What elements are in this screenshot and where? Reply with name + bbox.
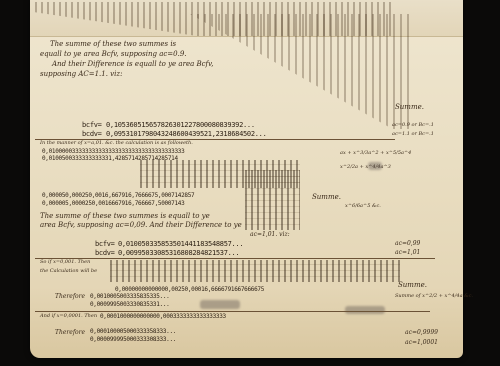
result-value: 0,000099995000333308333... <box>90 336 176 343</box>
result-value: 0,010050335853501441183548857... <box>118 240 243 248</box>
prose-line: Therefore <box>55 293 85 300</box>
ink-smudge <box>200 300 240 309</box>
result-value: 0,0009995003330835331... <box>90 301 170 308</box>
margin-note: Summe. <box>312 193 341 201</box>
prose-line: supposing AC=1.1. viz: <box>40 70 122 78</box>
prose-line: Therefore <box>55 329 85 336</box>
prose-line: ac=1,01. viz: <box>250 231 290 238</box>
prose-line: In the manner of x=a,01. &c. the calcula… <box>40 140 193 146</box>
prose-line: the Calculation will be <box>40 268 97 274</box>
result-value: 0,00995033085316808284821537... <box>118 249 239 257</box>
result-note: ac=1.1 or Bc=.1 <box>392 131 434 137</box>
series-row: 0,000050,000250,0016,667916,7666675,0007… <box>42 192 194 199</box>
result-label: bcfv= <box>95 240 115 248</box>
divider <box>35 258 435 259</box>
formula: x^6/6a^5 &c. <box>345 203 381 209</box>
result-note: ac=1,0001 <box>405 339 438 346</box>
formula: x^2/2a + x^4/4a^3 <box>340 164 391 170</box>
prose-line: And their Difference is equall to ye are… <box>52 60 214 68</box>
formula: ax + x^3/3a^2 + x^5/5a^4 <box>340 150 411 156</box>
result-label: bcdv= <box>95 249 115 257</box>
result-note: ac=1,01 <box>395 249 420 256</box>
prose-line: The summe of these two summes is equall … <box>40 212 210 220</box>
ink-smudge <box>345 306 385 314</box>
prose-line: equall to ye area Bcfv, supposing ac=0.9… <box>40 50 187 58</box>
result-note: ac=0.9 or Bc=.1 <box>392 122 434 128</box>
ink-blot <box>368 162 382 170</box>
series-row: 0,00000000000000,00250,00016,66667916676… <box>115 286 264 293</box>
prose-line: So if x=0,001. Then <box>40 259 90 265</box>
result-value: 0,105360515657826301227800080839392... <box>106 121 255 129</box>
series-row: 0,000005,0000250,0016667916,766667,50007… <box>42 200 184 207</box>
result-label: bcdv= <box>82 130 102 138</box>
formula: Summe of x^2/2 + x^4/4a &c. <box>395 293 473 299</box>
margin-note: Summe. <box>398 281 427 289</box>
prose-line: The summe of these two summes is <box>50 40 176 48</box>
number-block <box>245 170 300 230</box>
result-value: 0,000100005000333358333... <box>90 328 176 335</box>
prose-line: And if x=0,0001. Then <box>40 313 97 319</box>
result-value: 0,0953101798043248600439521,2318684502..… <box>106 130 267 138</box>
prose-line: area Bcfv, supposing ac=0,09. And their … <box>40 221 242 229</box>
result-label: bcfv= <box>82 121 102 129</box>
result-note: ac=0,9999 <box>405 329 438 336</box>
series-row: 0,01000003333333333333333333333333333333… <box>42 148 184 155</box>
margin-note: Summe. <box>395 103 424 111</box>
divider <box>35 311 430 312</box>
series-row: 0,0001000000000000,0003333333333333333 <box>100 313 226 320</box>
result-note: ac=0,99 <box>395 240 420 247</box>
result-value: 0,0010005003335835335... <box>90 293 170 300</box>
number-block <box>110 260 400 282</box>
